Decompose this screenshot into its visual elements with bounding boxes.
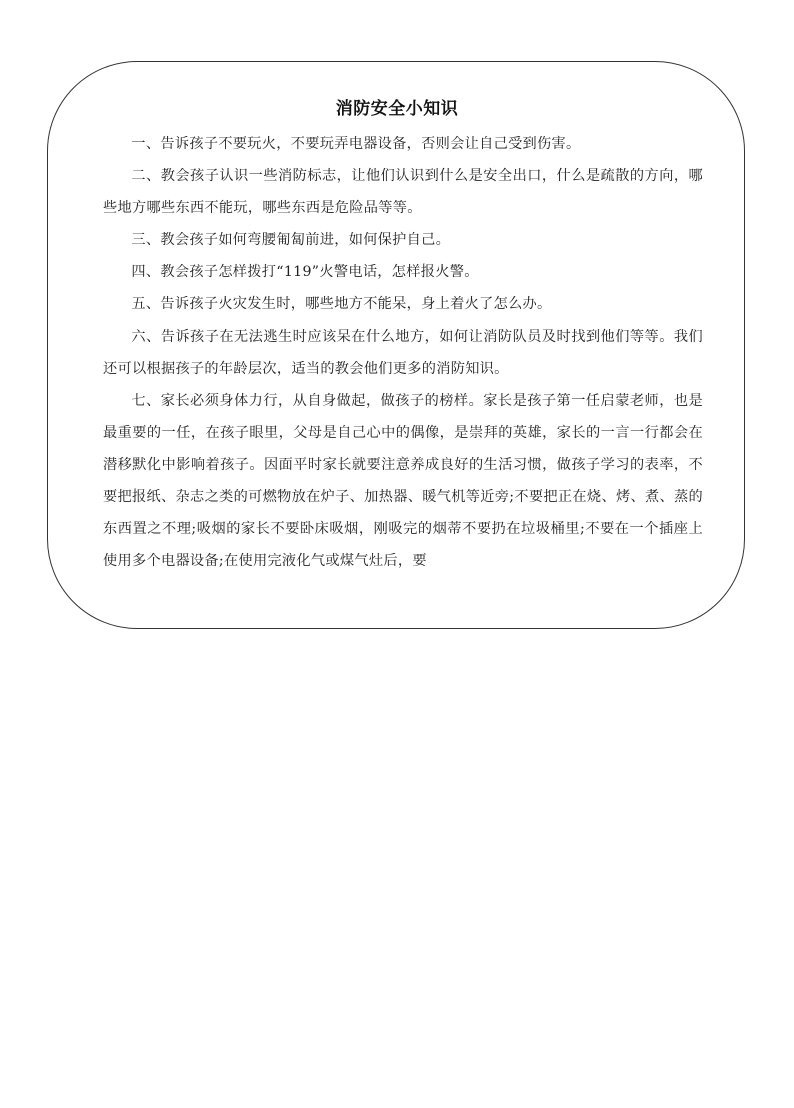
paragraph-2: 二、教会孩子认识一些消防标志，让他们认识到什么是安全出口，什么是疏散的方向，哪些… [103, 160, 703, 224]
paragraph-3: 三、教会孩子如何弯腰匍匐前进，如何保护自己。 [103, 224, 703, 256]
paragraph-7: 七、家长必须身体力行，从自身做起，做孩子的榜样。家长是孩子第一任启蒙老师，也是最… [103, 385, 703, 578]
paragraph-1: 一、告诉孩子不要玩火，不要玩弄电器设备，否则会让自己受到伤害。 [103, 128, 703, 160]
document-body: 一、告诉孩子不要玩火，不要玩弄电器设备，否则会让自己受到伤害。 二、教会孩子认识… [103, 128, 703, 577]
paragraph-5: 五、告诉孩子火灾发生时，哪些地方不能呆，身上着火了怎么办。 [103, 288, 703, 320]
paragraph-4: 四、教会孩子怎样拨打“119”火警电话，怎样报火警。 [103, 256, 703, 288]
document-title: 消防安全小知识 [0, 94, 794, 119]
paragraph-6: 六、告诉孩子在无法逃生时应该呆在什么地方，如何让消防队员及时找到他们等等。我们还… [103, 321, 703, 385]
